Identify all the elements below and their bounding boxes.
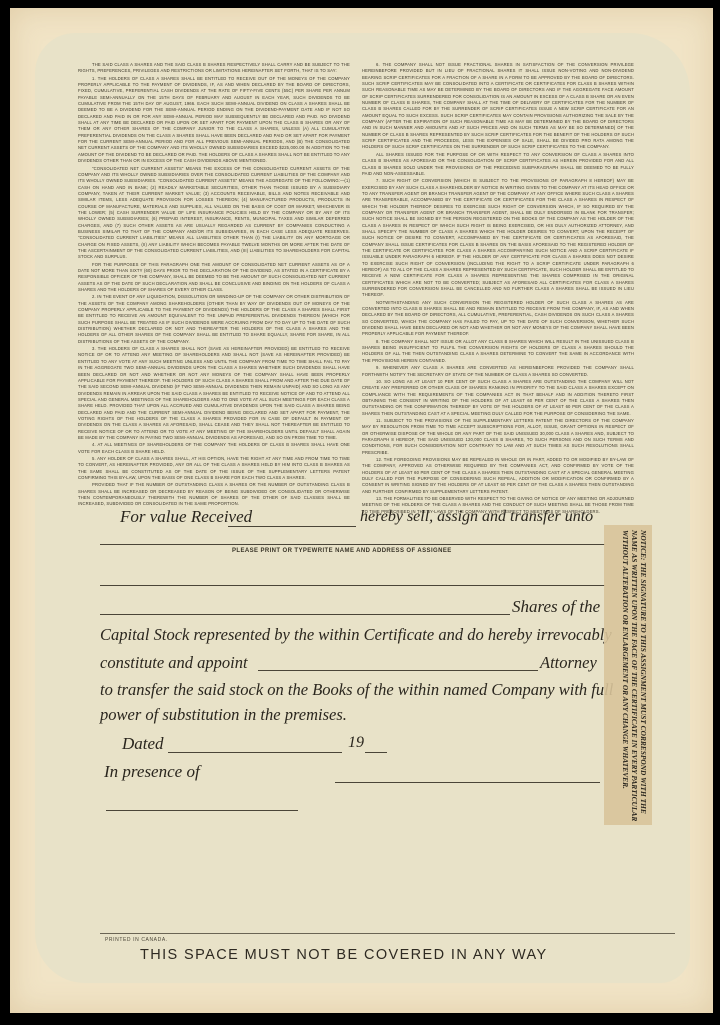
year-prefix: 19 (348, 734, 364, 752)
terms-paragraph: 3. THE HOLDERS OF CLASS A SHARES SHALL N… (78, 346, 350, 441)
assignee-line[interactable] (100, 544, 605, 545)
terms-paragraph: 8. THE COMPANY SHALL NOT ISSUE OR ALLOT … (362, 339, 634, 364)
terms-paragraph: 2. IN THE EVENT OF ANY LIQUIDATION, DISS… (78, 294, 350, 345)
terms-paragraph: ALL SHARES ISSUED FOR THE PURPOSE OF OR … (362, 152, 634, 177)
terms-paragraph: 4. AT ALL MEETINGS OF SHAREHOLDERS OF TH… (78, 442, 350, 455)
terms-right-column: 6. THE COMPANY SHALL NOT ISSUE FRACTIONA… (362, 62, 634, 516)
terms-paragraph: 5. ANY HOLDER OF CLASS A SHARES SHALL, A… (78, 456, 350, 481)
constitute-appoint-label: constitute and appoint (100, 653, 248, 673)
for-value-received-label: For value Received (120, 507, 252, 527)
attorney-label: Attorney (540, 653, 597, 673)
terms-left-column: THE SAID CLASS A SHARES AND THE SAID CLA… (78, 62, 350, 509)
witness-line[interactable] (106, 810, 298, 811)
hereby-sell-label: hereby sell, assign and transfer unto (360, 508, 593, 526)
terms-paragraph: 6. THE COMPANY SHALL NOT ISSUE FRACTIONA… (362, 62, 634, 151)
printed-in-canada: PRINTED IN CANADA. (105, 937, 168, 943)
assignee-address-line[interactable] (100, 585, 605, 586)
terms-paragraph: 1. THE HOLDERS OF CLASS A SHARES SHALL B… (78, 76, 350, 165)
signature-notice: NOTICE: THE SIGNATURE TO THIS ASSIGNMENT… (608, 530, 648, 830)
dated-label: Dated (122, 734, 164, 754)
terms-paragraph: 11. SUBJECT TO THE PROVISIONS OF THE SUP… (362, 418, 634, 456)
do-not-cover-warning: THIS SPACE MUST NOT BE COVERED IN ANY WA… (140, 947, 548, 963)
signature-line[interactable] (335, 782, 600, 783)
terms-paragraph: PROVIDED THAT IF THE NUMBER OF OUTSTANDI… (78, 482, 350, 507)
footer-divider (100, 933, 675, 934)
terms-paragraph: 10. SO LONG AS AT LEAST 10 PER CENT OF S… (362, 379, 634, 417)
transfer-text: to transfer the said stock on the Books … (100, 680, 613, 700)
substitution-text: power of substitution in the premises. (100, 705, 347, 725)
date-line[interactable] (168, 752, 342, 753)
transferor-line[interactable] (228, 526, 356, 527)
year-line[interactable] (365, 752, 387, 753)
terms-paragraph: 7. SUCH RIGHT OF CONVERSION (WHICH IS SU… (362, 178, 634, 299)
terms-paragraph: 9. WHENEVER ANY CLASS A SHARES ARE CONVE… (362, 365, 634, 378)
attorney-line[interactable] (258, 670, 538, 671)
terms-paragraph: "CONSOLIDATED NET CURRENT ASSETS" MEANS … (78, 166, 350, 261)
terms-paragraph: THE SAID CLASS A SHARES AND THE SAID CLA… (78, 62, 350, 75)
terms-paragraph: 12. THE FOREGOING PROVISIONS MAY BE REPE… (362, 457, 634, 495)
terms-paragraph: FOR THE PURPOSES OF THIS PARAGRAPH ONE T… (78, 262, 350, 294)
terms-paragraph: NOTWITHSTANDING ANY SUCH CONVERSION THE … (362, 300, 634, 338)
assignee-instruction: PLEASE PRINT OR TYPEWRITE NAME AND ADDRE… (232, 548, 452, 554)
share-count-line[interactable] (100, 614, 510, 615)
capital-stock-text: Capital Stock represented by the within … (100, 625, 612, 645)
in-presence-of-label: In presence of (104, 762, 200, 782)
shares-of-the-label: Shares of the (512, 597, 600, 617)
